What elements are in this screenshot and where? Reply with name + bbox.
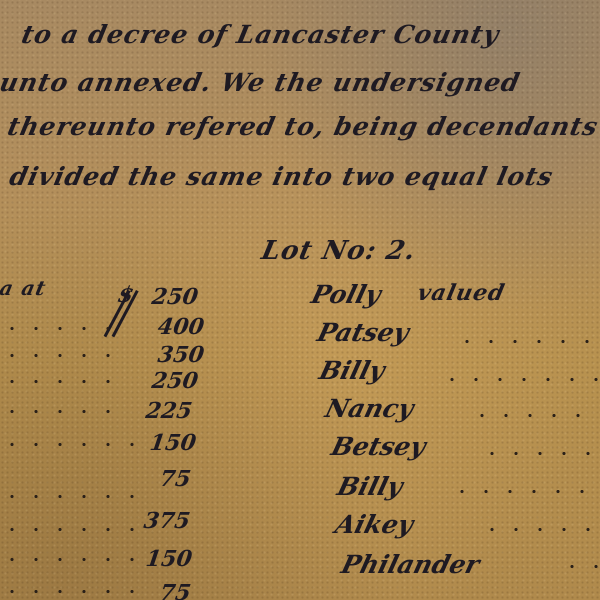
value-4: 250 (150, 368, 200, 394)
value-5: 225 (144, 398, 194, 424)
value-8: 375 (142, 508, 192, 534)
leader-dots (0, 380, 130, 383)
leader-dots (470, 414, 600, 417)
valued-label: valued (415, 280, 507, 306)
name-5: Betsey (328, 432, 428, 461)
leader-dots (450, 490, 600, 493)
value-3: 350 (156, 342, 206, 368)
leader-dots (0, 443, 135, 446)
leader-dots (440, 378, 600, 381)
value-1: 250 (150, 284, 200, 310)
name-3: Billy (316, 356, 387, 385)
leader-dots (0, 558, 140, 561)
value-7: 75 (158, 466, 192, 492)
left-column-label: a at (0, 276, 49, 300)
leader-dots (480, 528, 600, 531)
name-7: Aikey (332, 510, 416, 539)
leader-dots (0, 528, 140, 531)
name-4: Nancy (322, 394, 416, 423)
leader-dots (0, 354, 120, 357)
body-line-2: unto annexed. We the undersigned (0, 68, 523, 97)
value-10: 75 (158, 580, 192, 600)
leader-dots (455, 340, 600, 343)
lot-heading: Lot No: 2. (259, 236, 419, 266)
leader-dots (0, 495, 140, 498)
name-6: Billy (334, 472, 405, 501)
value-2: 400 (156, 314, 206, 340)
leader-dots (0, 327, 110, 330)
name-8: Philander (338, 550, 482, 579)
value-6: 150 (148, 430, 198, 456)
name-1: Polly (308, 280, 384, 309)
value-9: 150 (144, 546, 194, 572)
leader-dots (560, 565, 600, 568)
body-line-1: to a decree of Lancaster County (19, 20, 502, 49)
leader-dots (480, 452, 600, 455)
leader-dots (0, 410, 130, 413)
body-line-3: thereunto refered to, being decendants (5, 112, 600, 141)
name-2: Patsey (314, 318, 412, 347)
body-line-4: divided the same into two equal lots (7, 162, 556, 191)
leader-dots (0, 590, 140, 593)
